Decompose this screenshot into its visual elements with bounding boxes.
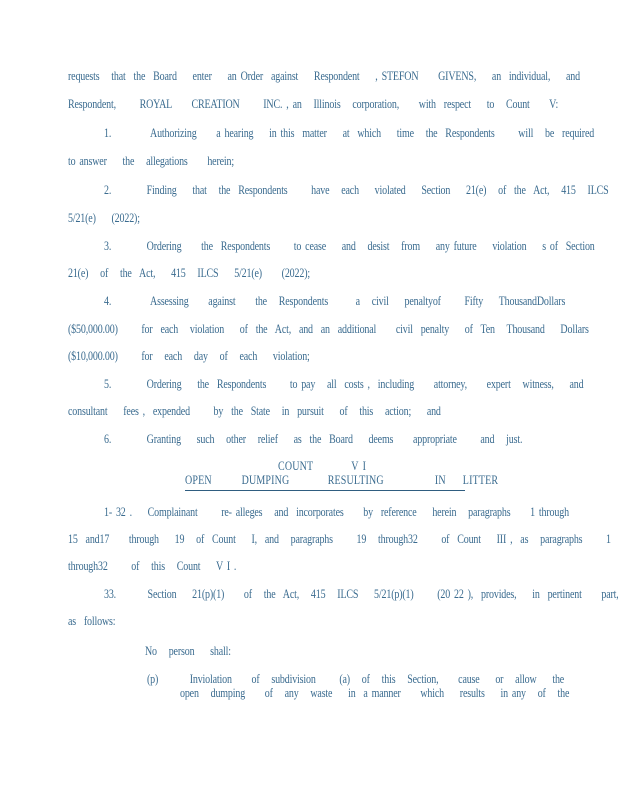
prayer-item-3-line: 21(e) of the Act, 415 ILCS 5/21(e) (2022… [68,266,310,280]
prayer-item-5-line: consultant fees , expended by the State … [68,404,441,418]
count-paragraph-1-32-line: 1- 32 . Complainant re- alleges and inco… [104,505,569,519]
prayer-item-4-line: 4. Assessing against the Respondents a c… [104,294,565,308]
preamble-line: requests that the Board enter an Order a… [68,69,580,83]
prayer-item-6-line: 6. Granting such other relief as the Boa… [104,432,522,446]
count-paragraph-33-line: 33. Section 21(p)(1) of the Act, 415 ILC… [104,587,618,601]
document-page: requests that the Board enter an Order a… [0,0,618,800]
count-paragraph-1-32-line: through32 of this Count V I . [68,559,236,573]
preamble-line: Respondent, ROYAL CREATION INC. , an Ill… [68,97,558,111]
statute-quote-line: open dumping of any waste in a manner wh… [180,686,569,700]
count-paragraph-1-32-line: 15 and17 through 19 of Count I, and para… [68,532,611,546]
statute-quote-line: (p) Inviolation of subdivision (a) of th… [147,672,564,686]
count-vi-subtitle: OPEN DUMPING RESULTING IN LITTER [185,474,465,487]
prayer-item-5-line: 5. Ordering the Respondents to pay all c… [104,377,583,391]
prayer-item-3-line: 3. Ordering the Respondents to cease and… [104,239,595,253]
prayer-item-4-line: ($10,000.00) for each day of each violat… [68,349,310,363]
count-vi-subtitle-underline: OPEN DUMPING RESULTING IN LITTER [185,474,465,491]
prayer-item-2-line: 5/21(e) (2022); [68,211,140,225]
prayer-item-4-line: ($50,000.00) for each violation of the A… [68,322,589,336]
count-vi-title: COUNT V I [278,459,366,473]
prayer-item-1-line: 1. Authorizing a hearing in this matter … [104,126,594,140]
count-paragraph-33-line: as follows: [68,614,115,628]
prayer-item-1-line: to answer the allegations herein; [68,154,234,168]
prayer-item-2-line: 2. Finding that the Respondents have eac… [104,183,609,197]
statute-quote-line: No person shall: [145,644,231,658]
